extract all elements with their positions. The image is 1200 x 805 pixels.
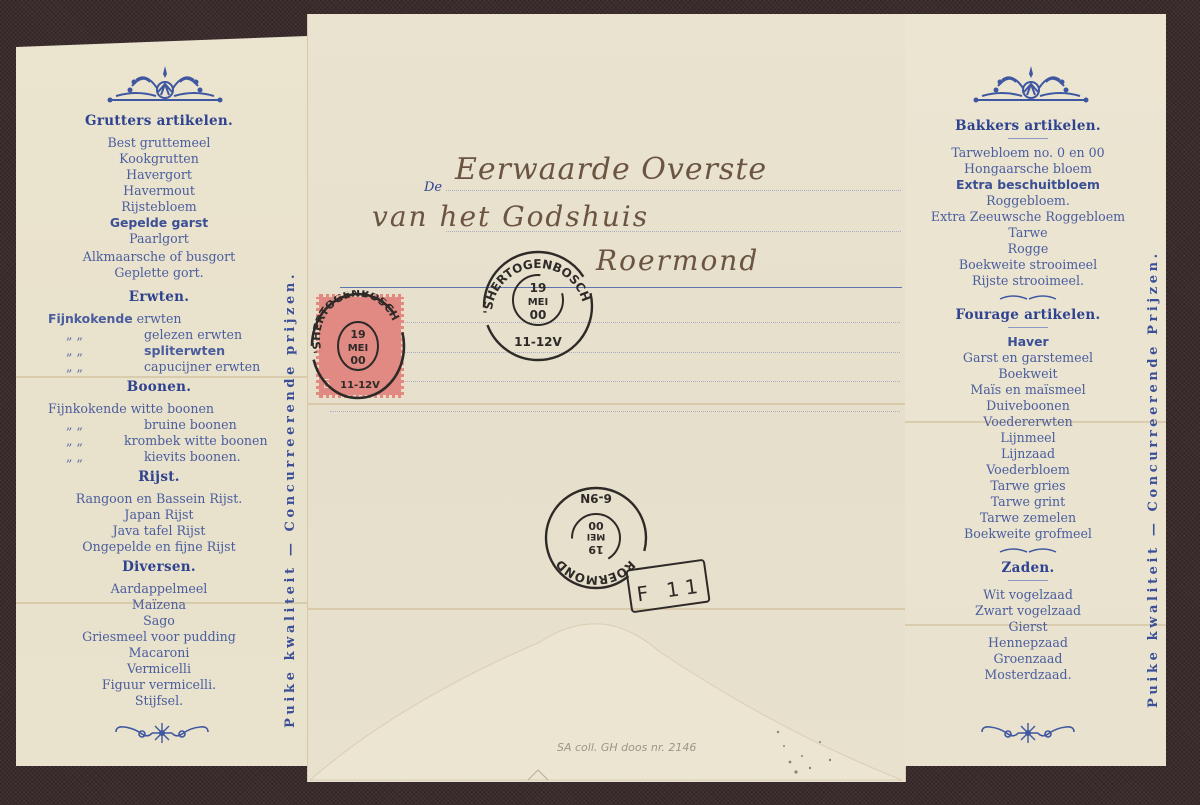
list-item: Boekweite grofmeel <box>918 526 1138 542</box>
list-item: bruine boonen <box>144 417 237 432</box>
list-item: Gepelde garst <box>36 215 282 231</box>
list-item: Alkmaarsche of busgort <box>36 249 282 265</box>
list-item: Garst en garstemeel <box>918 350 1138 366</box>
svg-text:MEI: MEI <box>348 343 369 354</box>
svg-text:MEI: MEI <box>587 531 605 541</box>
list-item: Lijnzaad <box>918 446 1138 462</box>
ditto-mark: „ „ <box>48 359 144 375</box>
section-title: Grutters artikelen. <box>36 113 282 129</box>
svg-text:00: 00 <box>588 519 604 532</box>
postmark-sertogenbosch-icon: 'SHERTOGENBOSCH 19 MEI 00 11-12V <box>478 250 598 362</box>
divider <box>1008 138 1048 139</box>
ruled-line <box>330 381 900 382</box>
list-item: Rijste strooimeel. <box>918 273 1138 289</box>
list-item: Havermout <box>36 183 282 199</box>
address-prefix: De <box>424 180 442 195</box>
list-item: Java tafel Rijst <box>36 523 282 539</box>
address-line-3: Roermond <box>596 244 759 277</box>
list-item: Sago <box>36 613 282 629</box>
list-item-prefix: Fijnkokende <box>48 311 133 326</box>
list-item: Best gruttemeel <box>36 135 282 151</box>
list-item: Duiveboonen <box>918 398 1138 414</box>
svg-text:19: 19 <box>588 543 603 556</box>
section-title: Diversen. <box>36 559 282 575</box>
list-item: krombek witte boonen <box>124 433 268 448</box>
list-item: Hennepzaad <box>918 635 1138 651</box>
crown-ornament-icon <box>106 64 224 106</box>
address-line-rule <box>446 190 901 191</box>
fold-line <box>308 403 905 405</box>
list-item: Rangoon en Bassein Rijst. <box>36 491 282 507</box>
svg-text:6-9N: 6-9N <box>580 491 612 505</box>
list-item: Gierst <box>918 619 1138 635</box>
list-item: witte boonen <box>131 401 214 416</box>
list-item: Tarwebloem no. 0 en 00 <box>918 145 1138 161</box>
list-item: Zwart vogelzaad <box>918 603 1138 619</box>
list-item: gelezen erwten <box>144 327 242 342</box>
list-item: Rijstebloem <box>36 199 282 215</box>
fold-line <box>308 608 905 610</box>
list-item: Kookgrutten <box>36 151 282 167</box>
list-item: Havergort <box>36 167 282 183</box>
svg-text:19: 19 <box>350 328 365 341</box>
list-item: Maïzena <box>36 597 282 613</box>
list-item: kievits boonen. <box>144 449 241 464</box>
vertical-slogan: Puike kwaliteit — Concurreerende prijzen… <box>283 128 298 728</box>
section-title: Zaden. <box>918 560 1138 576</box>
svg-text:00: 00 <box>350 354 366 367</box>
list-item: Wit vogelzaad <box>918 587 1138 603</box>
list-item: Tarwe grint <box>918 494 1138 510</box>
svg-text:11-12V: 11-12V <box>514 335 562 349</box>
list-item: Lijnmeel <box>918 430 1138 446</box>
swash-ornament-icon <box>998 546 1058 554</box>
list-item: Mosterdzaad. <box>918 667 1138 683</box>
list-item: Aardappelmeel <box>36 581 282 597</box>
list-item: Paarlgort <box>36 231 282 247</box>
ruled-line <box>330 322 900 323</box>
list-item: Extra Zeeuwsche Roggebloem <box>918 209 1138 225</box>
ruled-line <box>330 352 900 353</box>
svg-text:MEI: MEI <box>528 297 549 308</box>
svg-text:19: 19 <box>530 281 547 295</box>
divider <box>1008 327 1048 328</box>
right-price-list: Bakkers artikelen. Tarwebloem no. 0 en 0… <box>918 118 1138 683</box>
ruled-line <box>330 411 900 412</box>
list-item: Extra beschuitbloem <box>918 177 1138 193</box>
crown-ornament-icon <box>972 64 1090 106</box>
postmark-on-stamp-icon: 'SHERTOGENBOSCH 19 MEI 00 11-12V <box>308 290 408 402</box>
list-item: Tarwe zemelen <box>918 510 1138 526</box>
address-line-2: van het Godshuis <box>372 200 649 233</box>
section-title: Fourage artikelen. <box>918 307 1138 323</box>
left-price-list: Grutters artikelen. Best gruttemeel Kook… <box>36 113 282 709</box>
envelope-flap <box>310 612 902 782</box>
list-item: Japan Rijst <box>36 507 282 523</box>
flourish-ornament-icon <box>112 722 212 744</box>
swash-ornament-icon <box>998 293 1058 301</box>
ditto-mark: „ „ <box>48 343 144 359</box>
list-item-prefix: Fijnkokende <box>48 401 127 416</box>
list-item: Ongepelde en fijne Rijst <box>36 539 282 555</box>
pencil-note: SA coll. GH doos nr. 2146 <box>557 741 696 754</box>
list-item: Figuur vermicelli. <box>36 677 282 693</box>
section-title: Rijst. <box>36 469 282 485</box>
list-item: Voedererwten <box>918 414 1138 430</box>
list-item: Haver <box>918 334 1138 350</box>
list-item: Rogge <box>918 241 1138 257</box>
divider <box>1008 580 1048 581</box>
ditto-mark: „ „ <box>48 327 144 343</box>
list-item: Boekweite strooimeel <box>918 257 1138 273</box>
flourish-ornament-icon <box>978 722 1078 744</box>
list-item: Roggebloem. <box>918 193 1138 209</box>
list-item: Geplette gort. <box>36 265 282 281</box>
boxed-mark-text: F 11 <box>635 573 705 606</box>
list-item: Groenzaad <box>918 651 1138 667</box>
list-item: Macaroni <box>36 645 282 661</box>
list-item: erwten <box>137 311 182 326</box>
section-title: Bakkers artikelen. <box>918 118 1138 134</box>
list-item: Voederbloem <box>918 462 1138 478</box>
list-item: Tarwe <box>918 225 1138 241</box>
list-item: spliterwten <box>144 343 225 358</box>
list-item: capucijner erwten <box>144 359 260 374</box>
section-title: Erwten. <box>36 289 282 305</box>
list-item: Boekweit <box>918 366 1138 382</box>
list-item: Griesmeel voor pudding <box>36 629 282 645</box>
ditto-mark: „ „ <box>48 449 144 465</box>
list-item: Stijfsel. <box>36 693 282 709</box>
list-item: Vermicelli <box>36 661 282 677</box>
list-item: Maïs en maïsmeel <box>918 382 1138 398</box>
vertical-slogan: Puike kwaliteit — Concurreerende Prijzen… <box>1146 128 1161 708</box>
ditto-mark: „ „ <box>48 417 144 433</box>
list-item: Tarwe gries <box>918 478 1138 494</box>
address-line-1: Eerwaarde Overste <box>455 152 767 187</box>
address-underline <box>340 287 902 288</box>
ditto-mark: „ „ <box>48 433 124 449</box>
svg-text:00: 00 <box>530 308 547 322</box>
svg-text:11-12V: 11-12V <box>340 380 380 391</box>
list-item: Hongaarsche bloem <box>918 161 1138 177</box>
section-title: Boonen. <box>36 379 282 395</box>
